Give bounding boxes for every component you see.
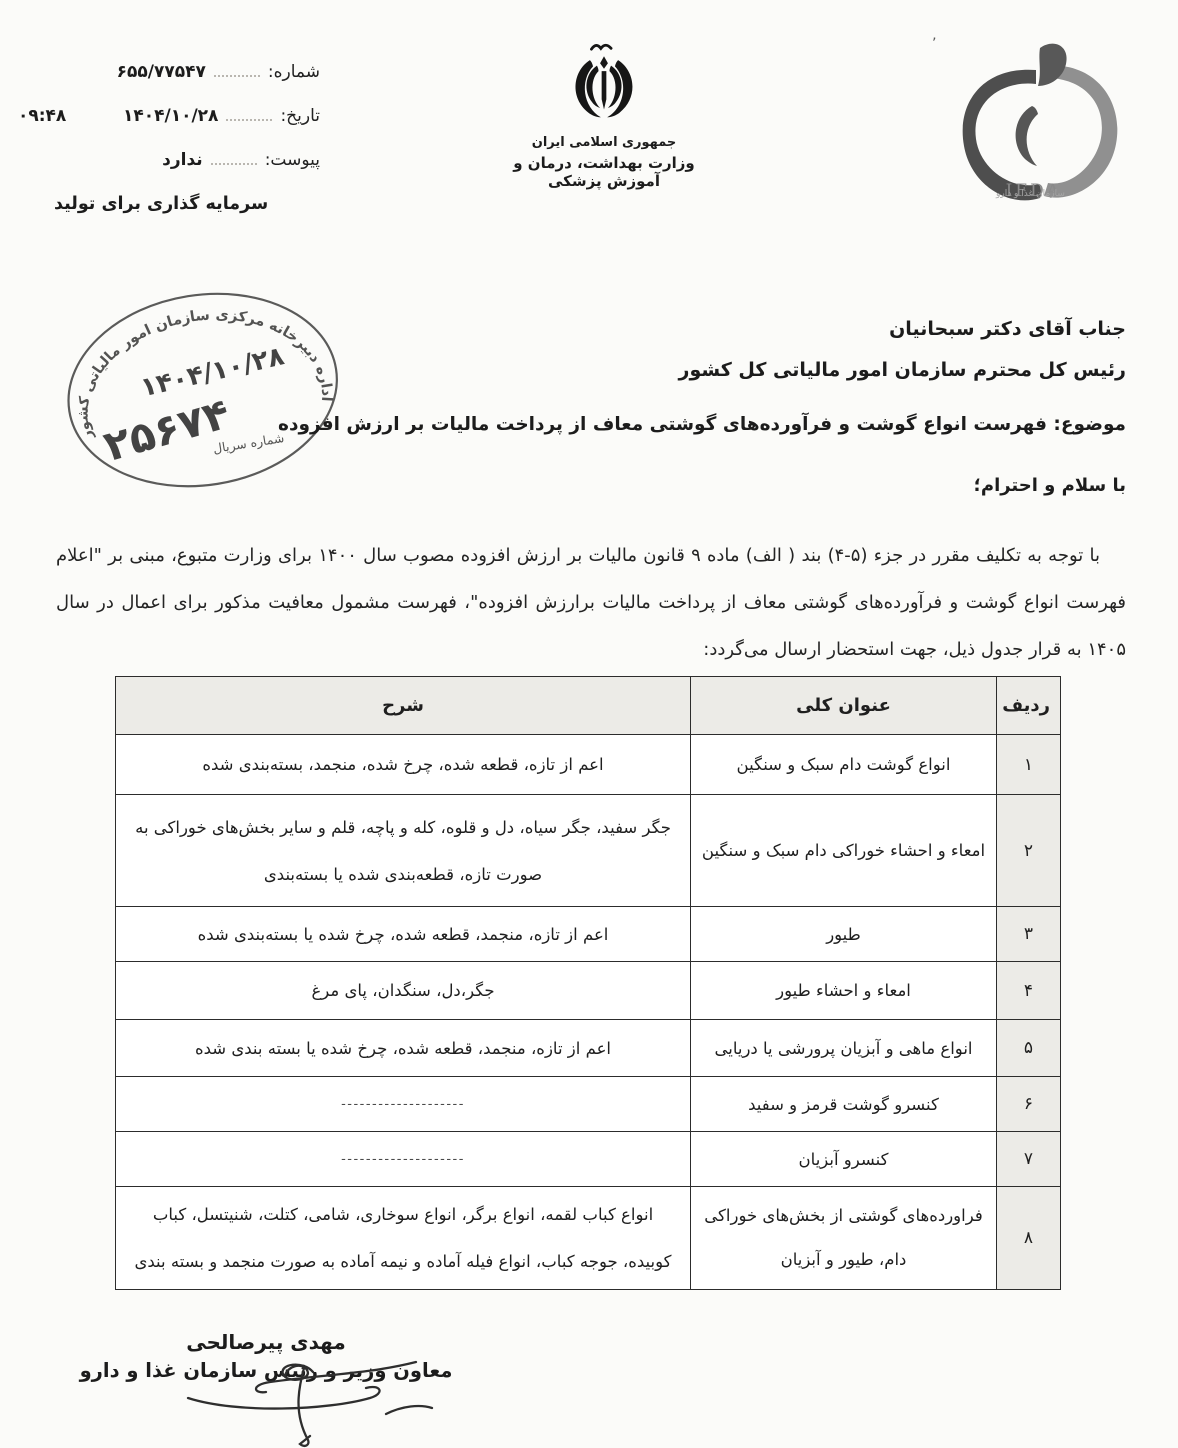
general-title-cell: انواع گوشت دام سبک و سنگین [691, 735, 997, 795]
table-row: ۴ امعاء و احشاء طیور جگر،دل، سنگدان، پای… [116, 962, 1061, 1020]
row-number-cell: ۳ [997, 907, 1061, 962]
letter-number-value: ۶۵۵/۷۷۵۴۷ [117, 62, 206, 82]
header-general-title: عنوان کلی [691, 677, 997, 735]
iran-national-emblem-icon [557, 34, 651, 134]
recipient-block: جناب آقای دکتر سبحانیان رئیس کل محترم سا… [60, 318, 1126, 496]
table-row: ۶ کنسرو گوشت قرمز و سفید ---------------… [116, 1077, 1061, 1132]
subject-line: موضوع: فهرست انواع گوشت و فرآورده‌های گو… [60, 414, 1126, 435]
ministry-name: وزارت بهداشت، درمان و آموزش پزشکی [489, 154, 719, 190]
description-cell: جگر،دل، سنگدان، پای مرغ [116, 962, 691, 1020]
recipient-title: رئیس کل محترم سازمان امور مالیاتی کل کشو… [60, 359, 1126, 381]
ifda-apple-icon: IFDA سازمان غذا و دارو [938, 34, 1138, 219]
letterhead-center: جمهوری اسلامی ایران وزارت بهداشت، درمان … [489, 34, 719, 190]
table-header-row: ردیف عنوان کلی شرح [116, 677, 1061, 735]
header-description: شرح [116, 677, 691, 735]
table-row: ۸ فراورده‌های گوشتی از بخش‌های خوراکی دا… [116, 1187, 1061, 1290]
row-number-cell: ۲ [997, 795, 1061, 907]
general-title-cell: فراورده‌های گوشتی از بخش‌های خوراکی دام،… [691, 1187, 997, 1290]
table-row: ۳ طیور اعم از تازه، منجمد، قطعه شده، چرخ… [116, 907, 1061, 962]
table-row: ۲ امعاء و احشاء خوراکی دام سبک و سنگین ج… [116, 795, 1061, 907]
row-number-cell: ۷ [997, 1132, 1061, 1187]
attachment-row: پیوست: ندارد [18, 150, 320, 170]
attachment-label: پیوست: [265, 150, 320, 170]
dotted-filler [226, 111, 272, 121]
scan-speck: ’ [932, 36, 936, 52]
letter-number-row: شماره: ۶۵۵/۷۷۵۴۷ [18, 62, 320, 82]
attachment-value: ندارد [162, 150, 203, 170]
recipient-name: جناب آقای دکتر سبحانیان [60, 318, 1126, 340]
letter-time-value: ۰۹:۴۸ [18, 106, 66, 126]
country-name: جمهوری اسلامی ایران [489, 135, 719, 150]
general-title-cell: انواع ماهی و آبزیان پرورشی یا دریایی [691, 1020, 997, 1077]
ifda-logo: IFDA سازمان غذا و دارو [938, 34, 1138, 219]
description-cell: انواع کباب لقمه، انواع برگر، انواع سوخار… [116, 1187, 691, 1290]
letter-number-label: شماره: [268, 62, 320, 82]
table-row: ۷ کنسرو آبزیان -------------------- [116, 1132, 1061, 1187]
header-row-number: ردیف [997, 677, 1061, 735]
body-paragraph: با توجه به تکلیف مقرر در جزء (۵-۴) بند (… [56, 532, 1126, 673]
general-title-cell: کنسرو آبزیان [691, 1132, 997, 1187]
general-title-cell: امعاء و احشاء طیور [691, 962, 997, 1020]
description-cell: اعم از تازه، قطعه شده، چرخ شده، منجمد، ب… [116, 735, 691, 795]
letter-date-label: تاریخ: [280, 106, 320, 126]
signatory-name: مهدی پیرصالحی [70, 1330, 462, 1354]
row-number-cell: ۴ [997, 962, 1061, 1020]
salutation: با سلام و احترام؛ [60, 475, 1126, 496]
row-number-cell: ۸ [997, 1187, 1061, 1290]
description-cell: اعم از تازه، منجمد، قطعه شده، چرخ شده یا… [116, 1020, 691, 1077]
exemption-table: ردیف عنوان کلی شرح ۱ انواع گوشت دام سبک … [115, 676, 1061, 1290]
row-number-cell: ۱ [997, 735, 1061, 795]
letter-date-row: تاریخ: ۱۴۰۴/۱۰/۲۸ ۰۹:۴۸ [18, 106, 320, 126]
description-cell: -------------------- [116, 1077, 691, 1132]
table-row: ۱ انواع گوشت دام سبک و سنگین اعم از تازه… [116, 735, 1061, 795]
table-row: ۵ انواع ماهی و آبزیان پرورشی یا دریایی ا… [116, 1020, 1061, 1077]
row-number-cell: ۵ [997, 1020, 1061, 1077]
row-number-cell: ۶ [997, 1077, 1061, 1132]
description-cell: جگر سفید، جگر سیاه، دل و قلوه، کله و پاچ… [116, 795, 691, 907]
letter-date-value: ۱۴۰۴/۱۰/۲۸ [123, 106, 218, 126]
handwritten-signature-icon [158, 1352, 448, 1448]
general-title-cell: امعاء و احشاء خوراکی دام سبک و سنگین [691, 795, 997, 907]
ifda-org-name: سازمان غذا و دارو [995, 189, 1065, 199]
description-cell: اعم از تازه، منجمد، قطعه شده، چرخ شده یا… [116, 907, 691, 962]
dotted-filler [211, 155, 257, 165]
year-slogan: سرمایه گذاری برای تولید [18, 194, 320, 214]
description-cell: -------------------- [116, 1132, 691, 1187]
general-title-cell: طیور [691, 907, 997, 962]
general-title-cell: کنسرو گوشت قرمز و سفید [691, 1077, 997, 1132]
dotted-filler [214, 67, 260, 77]
letterhead-meta: شماره: ۶۵۵/۷۷۵۴۷ تاریخ: ۱۴۰۴/۱۰/۲۸ ۰۹:۴۸… [0, 62, 320, 214]
